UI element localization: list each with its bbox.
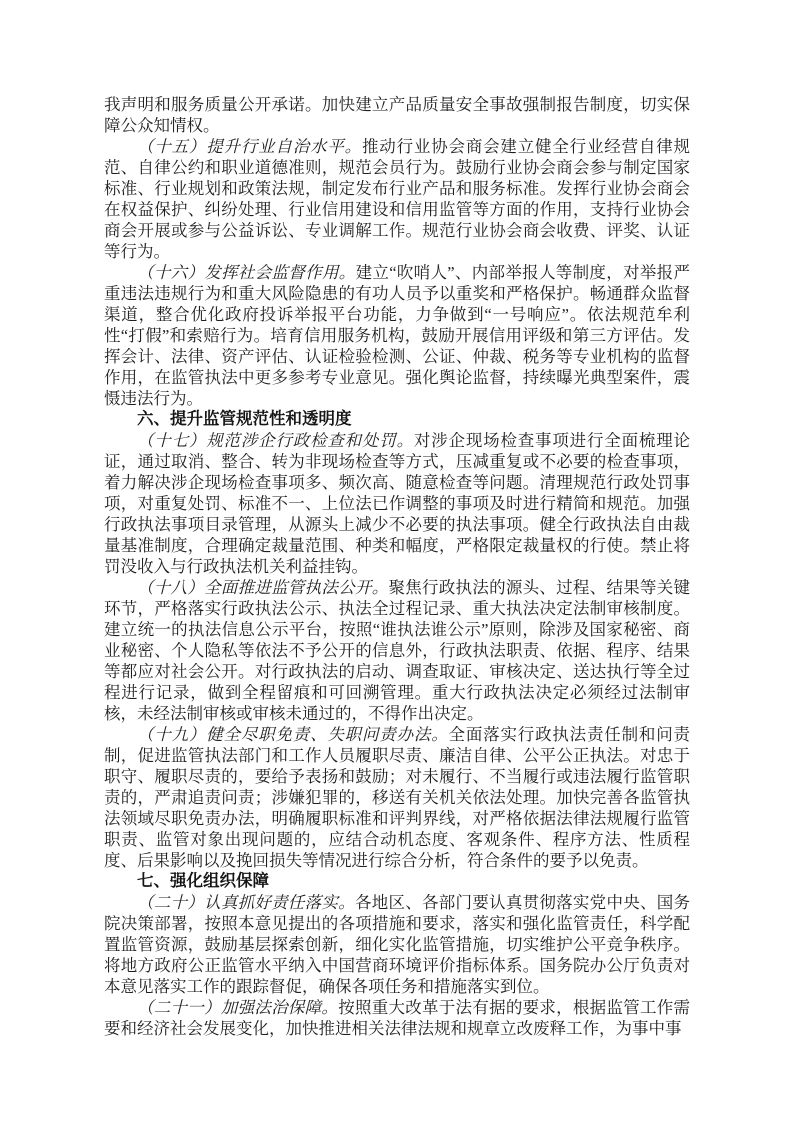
continuation-paragraph: 我声明和服务质量公开承诺。加快建立产品质量安全事故强制报告制度，切实保障公众知情… [104, 94, 690, 136]
paragraph-lead: （十八）全面推进监管执法公开。 [137, 578, 388, 597]
paragraph-text: 我声明和服务质量公开承诺。加快建立产品质量安全事故强制报告制度，切实保障公众知情… [104, 95, 690, 135]
paragraph-lead: （二十一）加强法治保障。 [137, 998, 338, 1017]
paragraph-lead: （十五）提升行业自治水平。 [137, 137, 362, 156]
item-paragraph: （十六）发挥社会监督作用。建立“吹哨人”、内部举报人等制度，对举报严重违法违规行… [104, 262, 690, 409]
section-heading: 六、提升监管规范性和透明度 [104, 409, 690, 430]
item-paragraph: （十九）健全尽职免责、失职问责办法。全面落实行政执法责任制和问责制，促进监管执法… [104, 724, 690, 871]
paragraph-text: 建立“吹哨人”、内部举报人等制度，对举报严重违法违规行为和重大风险隐患的有功人员… [104, 263, 690, 408]
paragraph-lead: （二十）认真抓好责任落实。 [137, 893, 355, 912]
item-paragraph: （二十）认真抓好责任落实。各地区、各部门要认真贯彻落实党中央、国务院决策部署，按… [104, 892, 690, 997]
paragraph-text: 聚焦行政执法的源头、过程、结果等关键环节，严格落实行政执法公示、执法全过程记录、… [104, 578, 690, 723]
item-paragraph: （二十一）加强法治保障。按照重大改革于法有据的要求，根据监管工作需要和经济社会发… [104, 997, 690, 1039]
paragraph-text: 对涉企现场检查事项进行全面梳理论证，通过取消、整合、转为非现场检查等方式，压减重… [104, 431, 690, 576]
section-heading: 七、强化组织保障 [104, 871, 690, 892]
paragraph-text: 六、提升监管规范性和透明度 [137, 410, 352, 428]
item-paragraph: （十七）规范涉企行政检查和处罚。对涉企现场检查事项进行全面梳理论证，通过取消、整… [104, 430, 690, 577]
paragraph-lead: （十九）健全尽职免责、失职问责办法。 [137, 725, 449, 744]
paragraph-text: 全面落实行政执法责任制和问责制，促进监管执法部门和工作人员履职尽责、廉洁自律、公… [104, 725, 690, 870]
document-body: 我声明和服务质量公开承诺。加快建立产品质量安全事故强制报告制度，切实保障公众知情… [104, 94, 690, 1039]
document-page: 我声明和服务质量公开承诺。加快建立产品质量安全事故强制报告制度，切实保障公众知情… [0, 0, 793, 1122]
item-paragraph: （十八）全面推进监管执法公开。聚焦行政执法的源头、过程、结果等关键环节，严格落实… [104, 577, 690, 724]
paragraph-lead: （十七）规范涉企行政检查和处罚。 [137, 431, 414, 450]
paragraph-text: 七、强化组织保障 [137, 872, 269, 890]
item-paragraph: （十五）提升行业自治水平。推动行业协会商会建立健全行业经营自律规范、自律公约和职… [104, 136, 690, 262]
paragraph-lead: （十六）发挥社会监督作用。 [137, 263, 356, 282]
